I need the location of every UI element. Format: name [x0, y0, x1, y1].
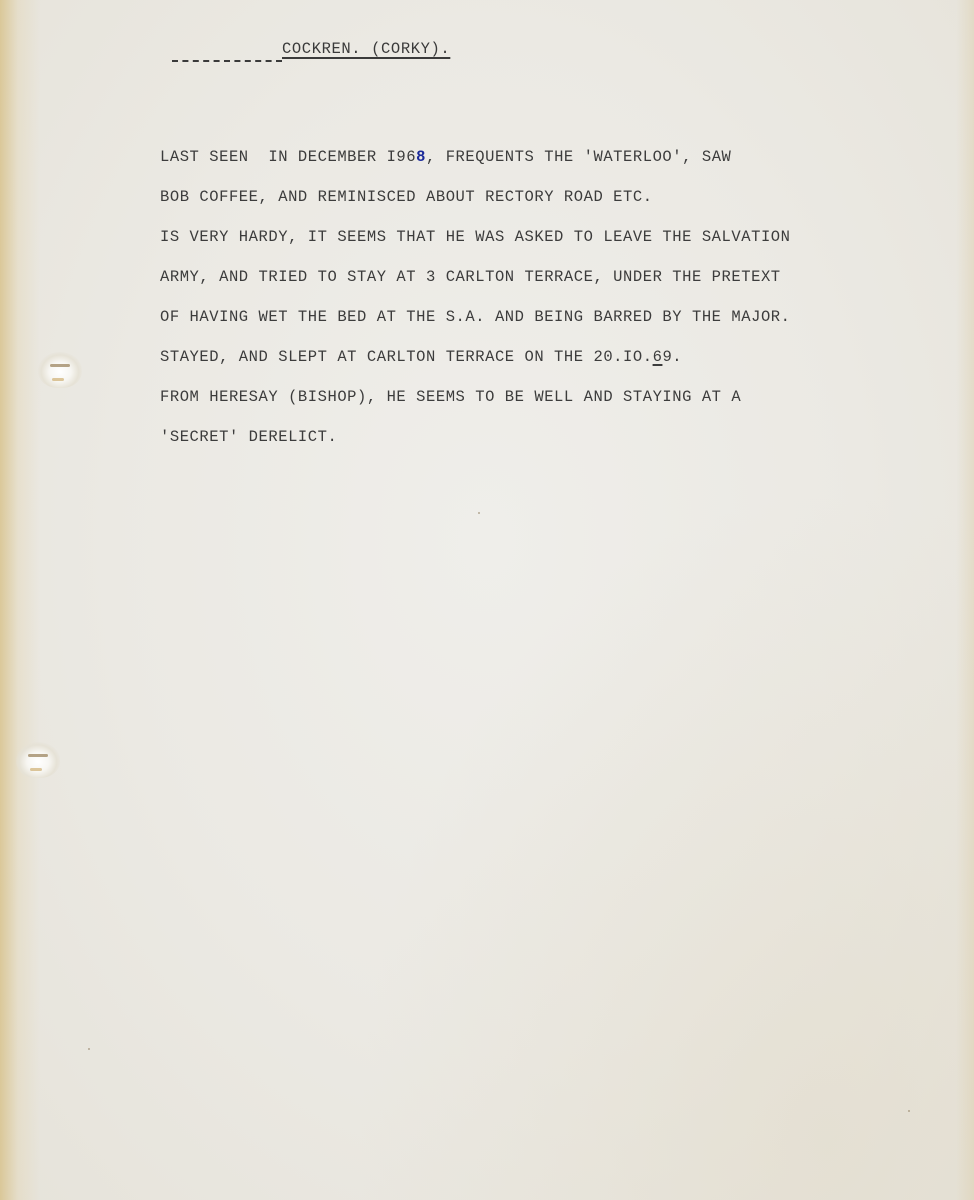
text-segment: 9. — [662, 348, 682, 366]
text-line: LAST SEEN IN DECEMBER I968, FREQUENTS TH… — [160, 143, 950, 183]
text-line: BOB COFFEE, AND REMINISCED ABOUT RECTORY… — [160, 183, 950, 223]
punch-hole-bottom — [16, 742, 60, 778]
document-heading: COCKREN. (CORKY). — [172, 36, 492, 66]
text-line: 'SECRET' DERELICT. — [160, 423, 950, 463]
heading-dashed-rule — [172, 60, 282, 62]
typewritten-page: COCKREN. (CORKY). LAST SEEN IN DECEMBER … — [0, 0, 974, 1200]
torn-edge — [52, 378, 64, 381]
underlined-digit: 6 — [653, 348, 663, 366]
text-segment: , FREQUENTS THE 'WATERLOO', SAW — [426, 148, 731, 166]
document-title: COCKREN. (CORKY). — [282, 40, 450, 58]
text-segment: STAYED, AND SLEPT AT CARLTON TERRACE ON … — [160, 348, 653, 366]
paper-speck — [908, 1110, 910, 1112]
text-segment: LAST SEEN IN DECEMBER I96 — [160, 148, 416, 166]
paper-speck — [478, 512, 480, 514]
text-line: OF HAVING WET THE BED AT THE S.A. AND BE… — [160, 303, 950, 343]
paper-speck — [88, 1048, 90, 1050]
punch-hole-top — [38, 352, 82, 388]
text-line: IS VERY HARDY, IT SEEMS THAT HE WAS ASKE… — [160, 223, 950, 263]
torn-edge — [50, 364, 70, 367]
handwritten-correction: 8 — [416, 148, 426, 166]
text-line: FROM HERESAY (BISHOP), HE SEEMS TO BE WE… — [160, 383, 950, 423]
torn-edge — [28, 754, 48, 757]
text-line: STAYED, AND SLEPT AT CARLTON TERRACE ON … — [160, 343, 950, 383]
document-body: LAST SEEN IN DECEMBER I968, FREQUENTS TH… — [160, 143, 950, 463]
text-line: ARMY, AND TRIED TO STAY AT 3 CARLTON TER… — [160, 263, 950, 303]
torn-edge — [30, 768, 42, 771]
